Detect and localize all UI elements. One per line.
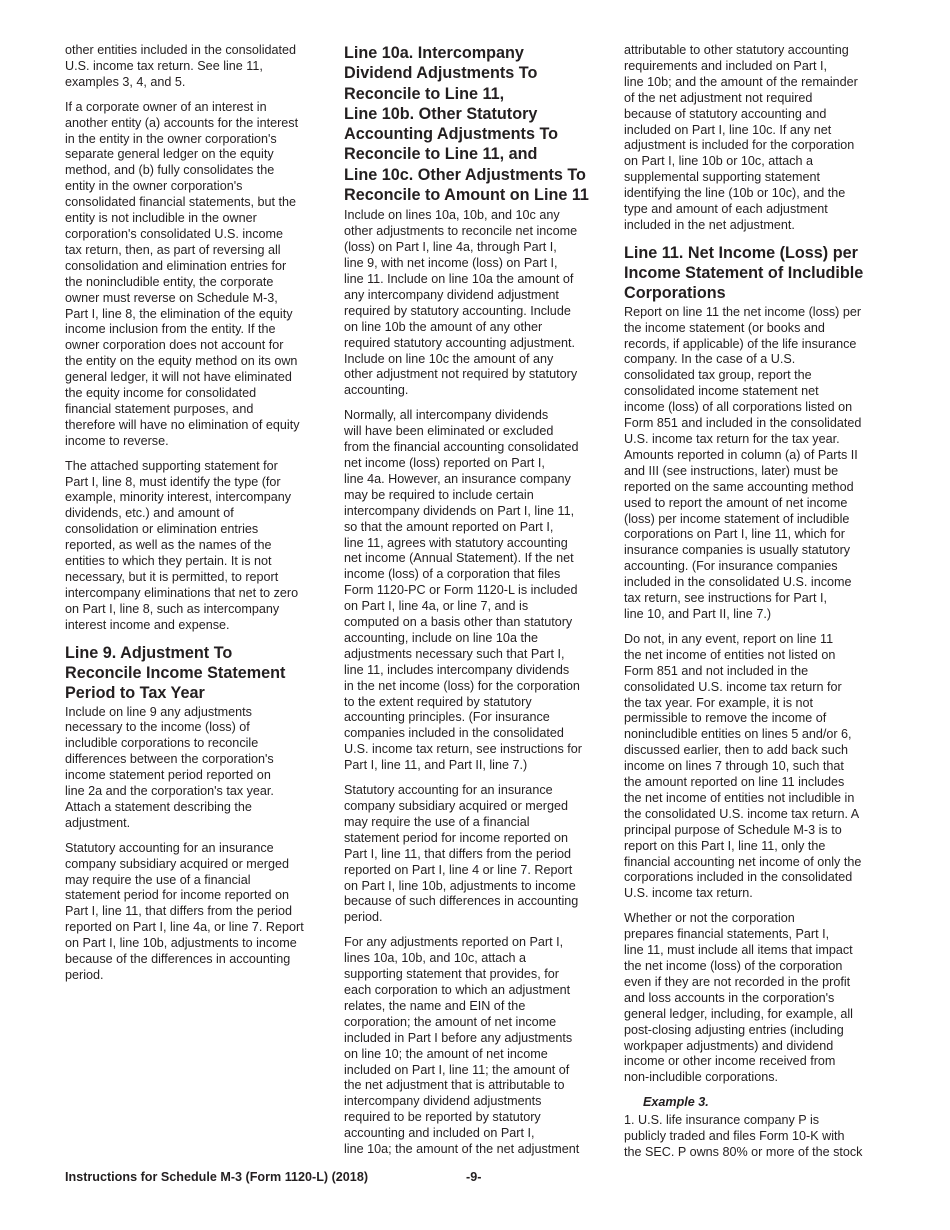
paragraph-supporting-statement: For any adjustments reported on Part I, … (344, 935, 608, 1158)
heading-line-10: Line 10a. Intercompany Dividend Adjustme… (344, 43, 608, 205)
page-number: -9- (466, 1170, 481, 1184)
paragraph-intercompany-dividends: Normally, all intercompany dividends wil… (344, 408, 608, 774)
column-left: other entities included in the consolida… (65, 43, 327, 993)
column-right: attributable to other statutory accounti… (624, 43, 892, 1170)
paragraph-whether-or-not: Whether or not the corporation prepares … (624, 911, 892, 1086)
paragraph-example-3-item-1: 1. U.S. life insurance company P is publ… (624, 1113, 892, 1161)
paragraph-do-not-report: Do not, in any event, report on line 11 … (624, 632, 892, 902)
paragraph-statutory-accounting: Statutory accounting for an insurance co… (65, 841, 327, 984)
paragraph-line-10-include: Include on lines 10a, 10b, and 10c any o… (344, 208, 608, 399)
paragraph-statutory-accounting: Statutory accounting for an insurance co… (344, 783, 608, 926)
column-middle: Line 10a. Intercompany Dividend Adjustme… (344, 43, 608, 1167)
example-heading: Example 3. (624, 1095, 892, 1111)
footer-document-title: Instructions for Schedule M-3 (Form 1120… (65, 1170, 368, 1184)
heading-line-11: Line 11. Net Income (Loss) per Income St… (624, 243, 892, 304)
paragraph-equity-method: If a corporate owner of an interest in a… (65, 100, 327, 450)
paragraph-line-11-report: Report on line 11 the net income (loss) … (624, 305, 892, 623)
paragraph-line-9: Include on line 9 any adjustments necess… (65, 705, 327, 832)
heading-line-9: Line 9. Adjustment To Reconcile Income S… (65, 643, 327, 704)
paragraph-continuation: attributable to other statutory accounti… (624, 43, 892, 234)
paragraph-supporting-statement: The attached supporting statement for Pa… (65, 459, 327, 634)
paragraph-continuation: other entities included in the consolida… (65, 43, 327, 91)
